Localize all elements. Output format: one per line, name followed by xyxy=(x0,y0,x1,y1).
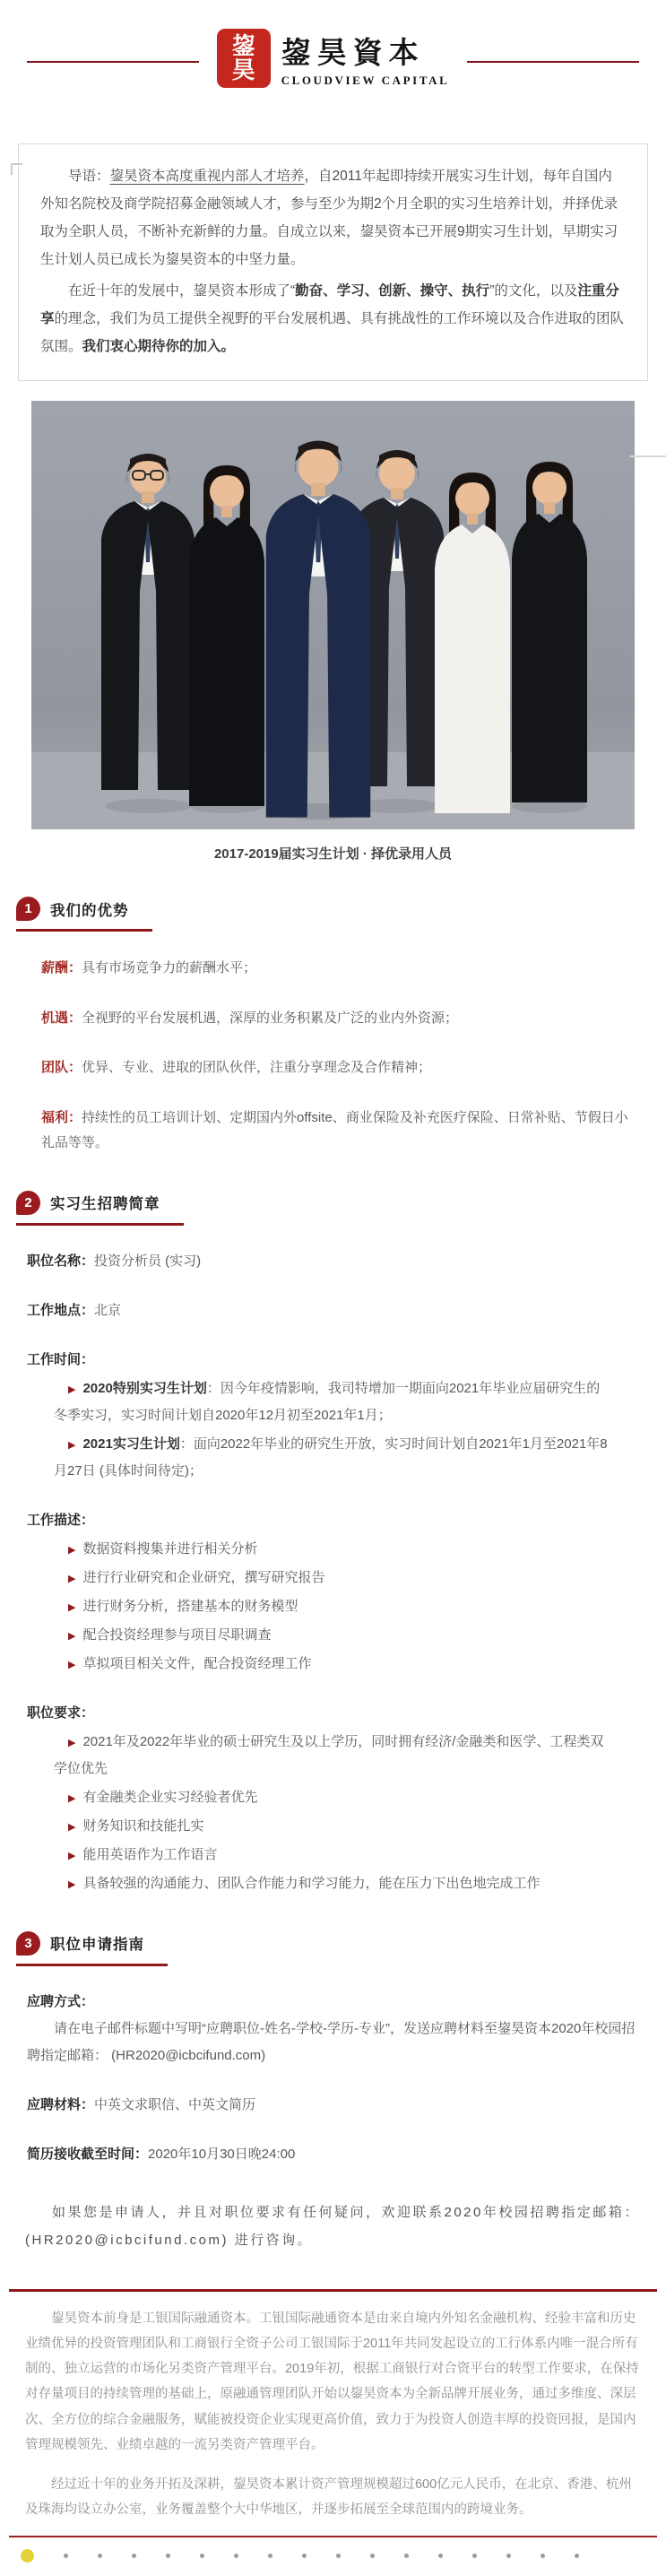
active-dot[interactable] xyxy=(21,2549,34,2563)
inactive-dot[interactable] xyxy=(234,2554,238,2558)
apply-method-text: 请在电子邮件标题中写明“应聘职位-姓名-学校-学历-专业”，发送应聘材料至鋆昊资… xyxy=(27,2016,639,2069)
advantage-label: 团队： xyxy=(41,1060,82,1075)
apply-deadline: 简历接收截至时间：2020年10月30日晚24:00 xyxy=(27,2141,639,2168)
inactive-dot[interactable] xyxy=(370,2554,375,2558)
intro-box: 导语：鋆昊资本高度重视内部人才培养，自2011年起即持续开展实习生计划，每年自国… xyxy=(18,143,648,381)
job-description-item: ▶配合投资经理参与项目尽职调查 xyxy=(54,1622,612,1649)
triangle-bullet-icon: ▶ xyxy=(68,1738,75,1748)
advantage-label: 薪酬： xyxy=(41,960,82,976)
photo-caption: 2017-2019届实习生计划 · 择优录用人员 xyxy=(0,844,666,863)
work-location: 工作地点：北京 xyxy=(27,1297,639,1324)
advantage-item: 团队：优异、专业、进取的团队伙伴，注重分享理念及合作精神； xyxy=(27,1055,639,1081)
work-time-block: 工作时间： ▶2020特别实习生计划：因今年疫情影响，我司特增加一期面向2021… xyxy=(27,1347,639,1485)
advantage-item: 福利：持续性的员工培训计划、定期国内外offsite、商业保险及补充医疗保险、日… xyxy=(27,1106,639,1157)
triangle-bullet-icon: ▶ xyxy=(68,1822,75,1833)
triangle-bullet-icon: ▶ xyxy=(68,1660,75,1670)
brand-name-en: CLOUDVIEW CAPITAL xyxy=(281,74,450,88)
pagination-dots xyxy=(21,2549,666,2563)
job-requirement-item: ▶财务知识和技能扎实 xyxy=(54,1813,612,1840)
section-heading-advantages: 1 我们的优势 xyxy=(16,897,666,932)
intro-paragraph-1: 导语：鋆昊资本高度重视内部人才培养，自2011年起即持续开展实习生计划，每年自国… xyxy=(40,162,626,273)
header-rule-left xyxy=(27,61,199,63)
intro-lead-label: 导语： xyxy=(68,169,110,184)
job-requirements-label: 职位要求： xyxy=(27,1700,639,1727)
inactive-dot[interactable] xyxy=(404,2554,409,2558)
inactive-dot[interactable] xyxy=(541,2554,545,2558)
brand-text: 鋆昊資本 CLOUDVIEW CAPITAL xyxy=(281,30,450,88)
inactive-dot[interactable] xyxy=(166,2554,170,2558)
position-name: 职位名称：投资分析员 (实习) xyxy=(27,1248,639,1275)
company-scale-paragraph: 经过近十年的业务开拓及深耕，鋆昊资本累计资产管理规模超过600亿元人民币，在北京… xyxy=(25,2472,641,2523)
section-heading-application: 3 职位申请指南 xyxy=(16,1931,666,1966)
inactive-dot[interactable] xyxy=(132,2554,136,2558)
apply-method-block: 应聘方式： 请在电子邮件标题中写明“应聘职位-姓名-学校-学历-专业”，发送应聘… xyxy=(27,1989,639,2069)
bottom-rule xyxy=(9,2536,657,2537)
job-requirement-item: ▶2021年及2022年毕业的硕士研究生及以上学历，同时拥有经济/金融类和医学、… xyxy=(54,1729,612,1782)
triangle-bullet-icon: ▶ xyxy=(68,1851,75,1861)
selection-handle-icon xyxy=(11,163,22,175)
company-logo: 鋆 昊 鋆昊資本 CLOUDVIEW CAPITAL xyxy=(217,29,450,88)
section-number-badge: 1 xyxy=(16,897,40,921)
apply-materials: 应聘材料：中英文求职信、中英文简历 xyxy=(27,2092,639,2119)
inactive-dot[interactable] xyxy=(302,2554,307,2558)
header: 鋆 昊 鋆昊資本 CLOUDVIEW CAPITAL xyxy=(0,0,666,93)
section-title: 我们的优势 xyxy=(50,898,129,920)
intro-paragraph-2: 在近十年的发展中，鋆昊资本形成了“勤奋、学习、创新、操守、执行”的文化，以及注重… xyxy=(40,277,626,360)
triangle-bullet-icon: ▶ xyxy=(68,1440,75,1451)
article-page: 鋆 昊 鋆昊資本 CLOUDVIEW CAPITAL 导语：鋆昊资本高度重视内部… xyxy=(0,0,666,2576)
triangle-bullet-icon: ▶ xyxy=(68,1602,75,1613)
company-seal-icon: 鋆 昊 xyxy=(217,29,271,88)
advantage-item: 机遇：全视野的平台发展机遇，深厚的业务积累及广泛的业内外资源； xyxy=(27,1006,639,1032)
triangle-bullet-icon: ▶ xyxy=(68,1631,75,1642)
company-profile-paragraph: 鋆昊资本前身是工银国际融通资本。工银国际融通资本是由来自境内外知名金融机构、经验… xyxy=(25,2306,641,2459)
triangle-bullet-icon: ▶ xyxy=(68,1384,75,1395)
advantage-label: 福利： xyxy=(41,1110,82,1125)
brand-name-cn: 鋆昊資本 xyxy=(281,30,450,72)
culture-keywords: 勤奋、学习、创新、操守、执行 xyxy=(295,283,489,299)
inactive-dot[interactable] xyxy=(268,2554,272,2558)
job-requirement-item: ▶能用英语作为工作语言 xyxy=(54,1842,612,1869)
selection-handle-icon xyxy=(630,447,666,457)
seal-char-bottom: 昊 xyxy=(232,58,255,82)
triangle-bullet-icon: ▶ xyxy=(68,1879,75,1890)
inactive-dot[interactable] xyxy=(200,2554,204,2558)
inactive-dot[interactable] xyxy=(438,2554,443,2558)
inactive-dot[interactable] xyxy=(575,2554,579,2558)
triangle-bullet-icon: ▶ xyxy=(68,1793,75,1804)
seal-char-top: 鋆 xyxy=(232,34,255,58)
inactive-dot[interactable] xyxy=(98,2554,102,2558)
inactive-dot[interactable] xyxy=(336,2554,341,2558)
apply-method-label: 应聘方式： xyxy=(27,1989,639,2016)
job-description-block: 工作描述： ▶数据资料搜集并进行相关分析 ▶进行行业研究和企业研究，撰写研究报告… xyxy=(27,1507,639,1678)
inactive-dot[interactable] xyxy=(64,2554,68,2558)
section-number-badge: 3 xyxy=(16,1931,40,1956)
job-description-item: ▶进行行业研究和企业研究，撰写研究报告 xyxy=(54,1565,612,1592)
inactive-dot[interactable] xyxy=(506,2554,511,2558)
advantage-item: 薪酬：具有市场竞争力的薪酬水平； xyxy=(27,956,639,982)
inactive-dot[interactable] xyxy=(472,2554,477,2558)
triangle-bullet-icon: ▶ xyxy=(68,1574,75,1584)
job-requirement-item: ▶有金融类企业实习经验者优先 xyxy=(54,1784,612,1811)
work-time-item: ▶2020特别实习生计划：因今年疫情影响，我司特增加一期面向2021年毕业应届研… xyxy=(54,1375,612,1429)
work-time-item: ▶2021实习生计划：面向2022年毕业的研究生开放，实习时间计划自2021年1… xyxy=(54,1431,612,1485)
header-rule-right xyxy=(467,61,639,63)
job-requirements-block: 职位要求： ▶2021年及2022年毕业的硕士研究生及以上学历，同时拥有经济/金… xyxy=(27,1700,639,1897)
job-description-item: ▶草拟项目相关文件，配合投资经理工作 xyxy=(54,1651,612,1678)
team-photo xyxy=(31,401,635,829)
work-time-label: 工作时间： xyxy=(27,1347,639,1374)
job-description-item: ▶数据资料搜集并进行相关分析 xyxy=(54,1536,612,1563)
advantage-label: 机遇： xyxy=(41,1010,82,1026)
section-number-badge: 2 xyxy=(16,1191,40,1215)
job-description-label: 工作描述： xyxy=(27,1507,639,1534)
job-requirement-item: ▶具备较强的沟通能力、团队合作能力和学习能力，能在压力下出色地完成工作 xyxy=(54,1870,612,1897)
section-title: 实习生招聘简章 xyxy=(50,1192,160,1213)
contact-note: 如果您是申请人，并且对职位要求有任何疑问，欢迎联系2020年校园招聘指定邮箱： … xyxy=(25,2199,641,2255)
team-photo-illustration xyxy=(31,401,635,829)
intro-underlined-text: 鋆昊资本高度重视内部人才培养 xyxy=(110,169,305,184)
section-heading-recruitment: 2 实习生招聘简章 xyxy=(16,1191,666,1226)
triangle-bullet-icon: ▶ xyxy=(68,1545,75,1556)
section-title: 职位申请指南 xyxy=(50,1932,144,1954)
job-description-item: ▶进行财务分析，搭建基本的财务模型 xyxy=(54,1593,612,1620)
footer-divider xyxy=(9,2289,657,2292)
